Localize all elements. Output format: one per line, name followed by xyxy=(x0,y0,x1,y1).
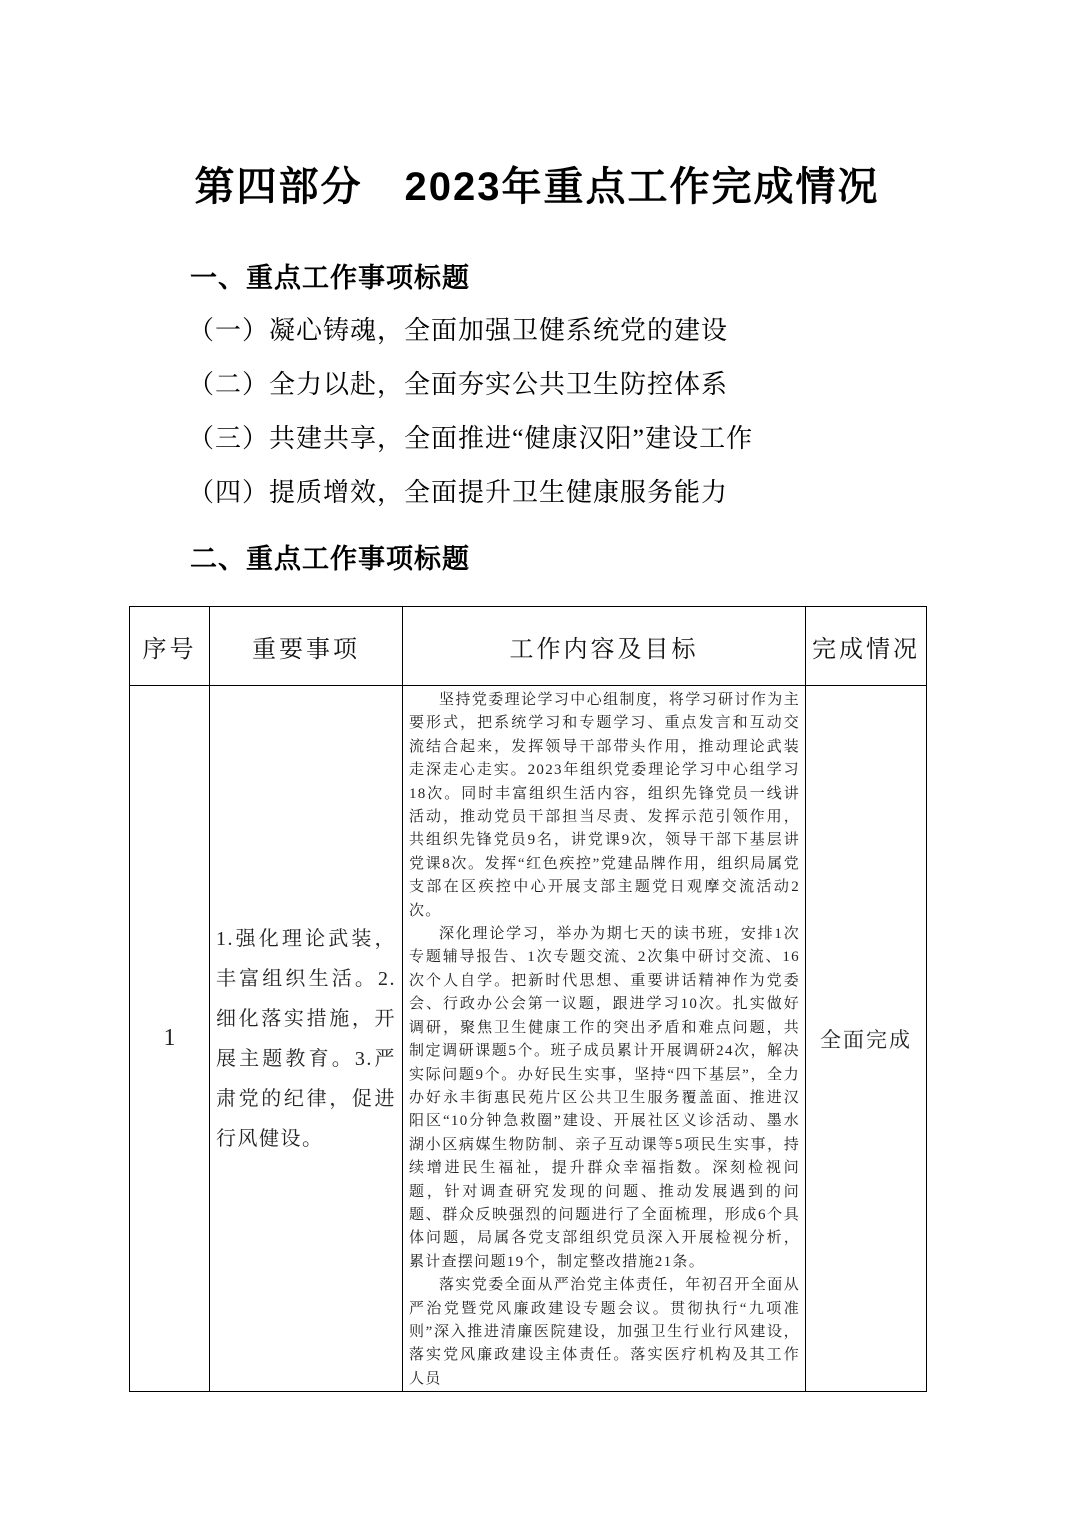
row-content-cell: 坚持党委理论学习中心组制度，将学习研讨作为主要形式，把系统学习和专题学习、重点发… xyxy=(403,686,806,1392)
content-paragraph: 深化理论学习，举办为期七天的读书班，安排1次专题辅导报告、1次专题交流、2次集中… xyxy=(409,923,800,1274)
column-header-content: 工作内容及目标 xyxy=(403,607,806,686)
row-index-cell: 1 xyxy=(130,686,210,1392)
column-header-status: 完成情况 xyxy=(806,607,927,686)
document-page: 第四部分 2023年重点工作完成情况 一、重点工作事项标题 （一）凝心铸魂，全面… xyxy=(0,0,1074,1520)
list-item: （四）提质增效，全面提升卫生健康服务能力 xyxy=(188,479,1074,507)
section-one-item-list: （一）凝心铸魂，全面加强卫健系统党的建设 （二）全力以赴，全面夯实公共卫生防控体… xyxy=(188,317,1074,507)
section-one-heading: 一、重点工作事项标题 xyxy=(190,263,1074,293)
table-header-row: 序号 重要事项 工作内容及目标 完成情况 xyxy=(130,607,927,686)
column-header-item: 重要事项 xyxy=(210,607,403,686)
row-item-cell: 1.强化理论武装，丰富组织生活。2.细化落实措施，开展主题教育。3.严肃党的纪律… xyxy=(210,686,403,1392)
list-item: （一）凝心铸魂，全面加强卫健系统党的建设 xyxy=(188,317,1074,345)
table-row: 1 1.强化理论武装，丰富组织生活。2.细化落实措施，开展主题教育。3.严肃党的… xyxy=(130,686,927,1392)
list-item: （二）全力以赴，全面夯实公共卫生防控体系 xyxy=(188,371,1074,399)
row-status-cell: 全面完成 xyxy=(806,686,927,1392)
column-header-index: 序号 xyxy=(130,607,210,686)
content-paragraph: 落实党委全面从严治党主体责任，年初召开全面从严治党暨党风廉政建设专题会议。贯彻执… xyxy=(409,1274,800,1391)
list-item: （三）共建共享，全面推进“健康汉阳”建设工作 xyxy=(188,425,1074,453)
key-work-table: 序号 重要事项 工作内容及目标 完成情况 1 1.强化理论武装，丰富组织生活。2… xyxy=(129,606,927,1392)
page-title: 第四部分 2023年重点工作完成情况 xyxy=(0,0,1074,210)
content-paragraph: 坚持党委理论学习中心组制度，将学习研讨作为主要形式，把系统学习和专题学习、重点发… xyxy=(409,689,800,923)
section-two-heading: 二、重点工作事项标题 xyxy=(190,544,1074,574)
